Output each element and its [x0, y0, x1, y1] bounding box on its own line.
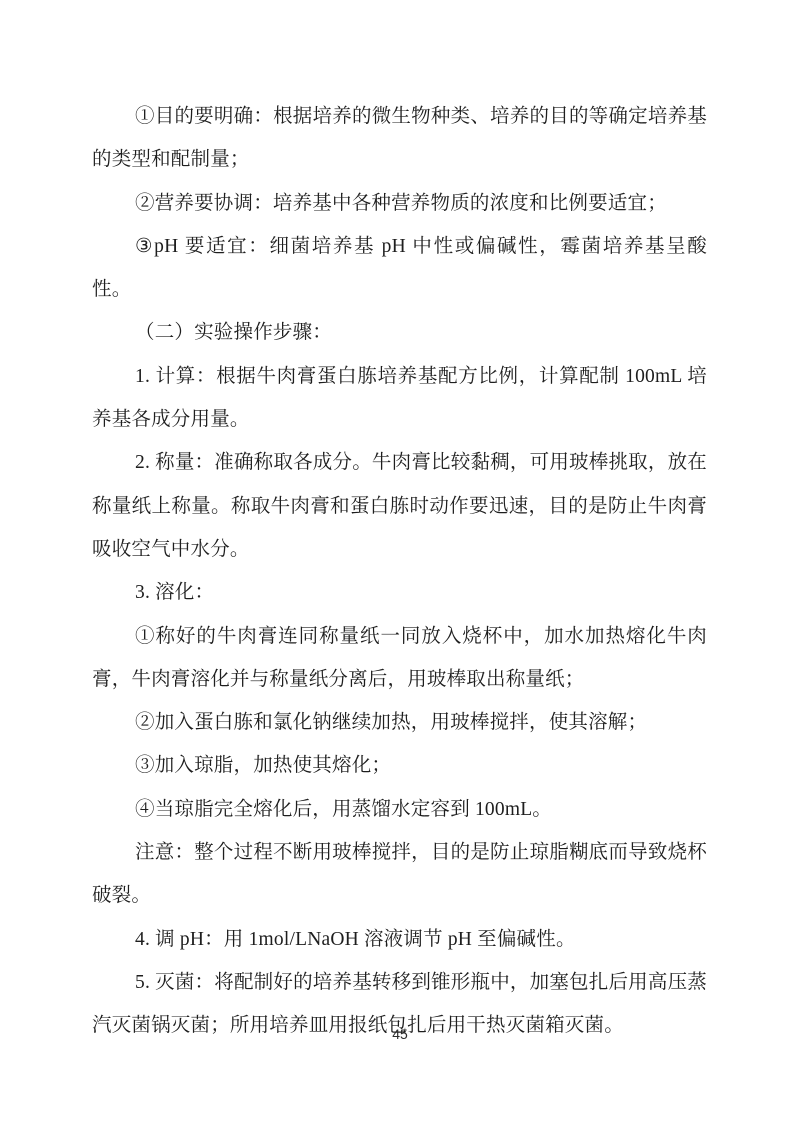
- document-page: ①目的要明确：根据培养的微生物种类、培养的目的等确定培养基的类型和配制量； ②营…: [0, 0, 800, 1131]
- page-footer: 45: [0, 1026, 800, 1044]
- paragraph-note: 注意：整个过程不断用玻棒搅拌，目的是防止琼脂糊底而导致烧杯破裂。: [92, 831, 707, 918]
- section-heading-steps: （二）实验操作步骤：: [92, 311, 707, 354]
- paragraph-ph: ③pH 要适宜：细菌培养基 pH 中性或偏碱性，霉菌培养基呈酸性。: [92, 225, 707, 312]
- paragraph-step4-adjust-ph: 4. 调 pH：用 1mol/LNaOH 溶液调节 pH 至偏碱性。: [92, 918, 707, 961]
- paragraph-purpose: ①目的要明确：根据培养的微生物种类、培养的目的等确定培养基的类型和配制量；: [92, 95, 707, 182]
- paragraph-dissolve-sub2: ②加入蛋白胨和氯化钠继续加热，用玻棒搅拌，使其溶解；: [92, 701, 707, 744]
- paragraph-step1-calculate: 1. 计算：根据牛肉膏蛋白胨培养基配方比例，计算配制 100mL 培养基各成分用…: [92, 355, 707, 442]
- paragraph-dissolve-sub3: ③加入琼脂，加热使其熔化；: [92, 744, 707, 787]
- paragraph-dissolve-sub1: ①称好的牛肉膏连同称量纸一同放入烧杯中，加水加热熔化牛肉膏，牛肉膏溶化并与称量纸…: [92, 615, 707, 702]
- page-number: 45: [392, 1026, 408, 1042]
- paragraph-step2-weigh: 2. 称量：准确称取各成分。牛肉膏比较黏稠，可用玻棒挑取，放在称量纸上称量。称取…: [92, 441, 707, 571]
- paragraph-step3-dissolve: 3. 溶化：: [92, 571, 707, 614]
- paragraph-dissolve-sub4: ④当琼脂完全熔化后，用蒸馏水定容到 100mL。: [92, 788, 707, 831]
- document-body: ①目的要明确：根据培养的微生物种类、培养的目的等确定培养基的类型和配制量； ②营…: [92, 95, 707, 1048]
- paragraph-nutrition: ②营养要协调：培养基中各种营养物质的浓度和比例要适宜；: [92, 182, 707, 225]
